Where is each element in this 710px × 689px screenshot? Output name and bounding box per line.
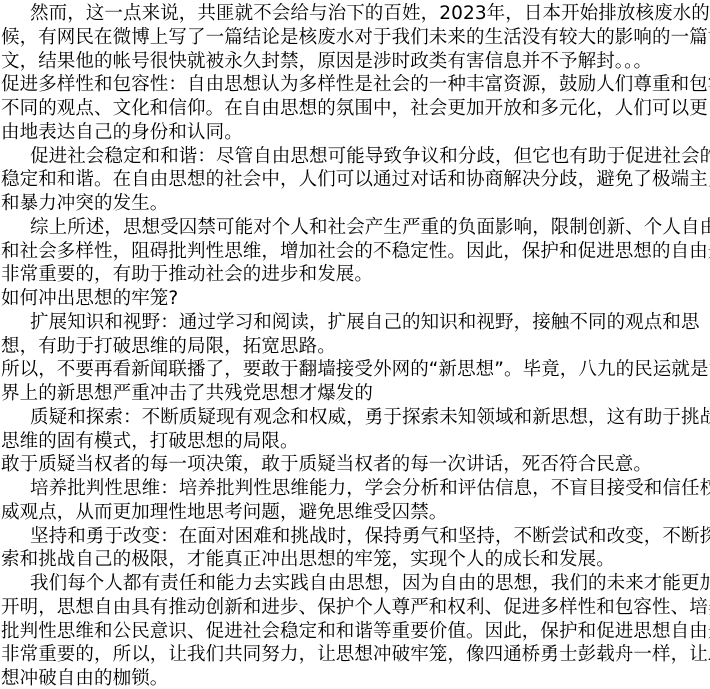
text-line: 质疑和探索：不断质疑现有观念和权威，勇于探索未知领域和新思想，这有助于挑战 [1,406,710,430]
text-line: 非常重要的，有助于推动社会的进步和发展。 [1,263,710,287]
text-line: 我们每个人都有责任和能力去实践自由思想，因为自由的思想，我们的未来才能更加 [1,572,710,596]
text-line: 和暴力冲突的发生。 [1,192,710,216]
text-line: 思维的固有模式，打破思想的局限。 [1,430,710,454]
text-line: 促进社会稳定和和谐：尽管自由思想可能导致争议和分歧，但它也有助于促进社会的 [1,145,710,169]
text-line: 威观点，从而更加理性地思考问题，避免思维受囚禁。 [1,501,710,525]
text-line: 扩展知识和视野：通过学习和阅读，扩展自己的知识和视野，接触不同的观点和思 [1,311,710,335]
text-line: 索和挑战自己的极限，才能真正冲出思想的牢笼，实现个人的成长和发展。 [1,548,710,572]
text-line: 然而，这一点来说，共匪就不会给与治下的百姓，2023年，日本开始排放核废水的时 [1,2,710,26]
text-line: 稳定和和谐。在自由思想的社会中，人们可以通过对话和协商解决分歧，避免了极端主义 [1,168,710,192]
text-line: 和社会多样性，阻碍批判性思维，增加社会的不稳定性。因此，保护和促进思想的自由是 [1,240,710,264]
text-line: 综上所述，思想受囚禁可能对个人和社会产生严重的负面影响，限制创新、个人自由 [1,216,710,240]
text-line: 由地表达自己的身份和认同。 [1,121,710,145]
text-line: 文，结果他的帐号很快就被永久封禁，原因是涉时政类有害信息并不予解封。。。 [1,50,710,74]
text-line: 非常重要的，所以，让我们共同努力，让思想冲破牢笼，像四通桥勇士彭载舟一样，让思 [1,643,710,667]
text-line: 坚持和勇于改变：在面对困难和挑战时，保持勇气和坚持，不断尝试和改变，不断探 [1,525,710,549]
document-page: 然而，这一点来说，共匪就不会给与治下的百姓，2023年，日本开始排放核废水的时候… [0,0,710,689]
text-line: 如何冲出思想的牢笼? [1,287,710,311]
text-line: 批判性思维和公民意识、促进社会稳定和和谐等重要价值。因此，保护和促进思想自由是 [1,620,710,644]
document-text-body: 然而，这一点来说，共匪就不会给与治下的百姓，2023年，日本开始排放核废水的时候… [1,2,710,689]
text-line: 培养批判性思维：培养批判性思维能力，学会分析和评估信息，不盲目接受和信任权 [1,477,710,501]
text-line: 候，有网民在微博上写了一篇结论是核废水对于我们未来的生活没有较大的影响的一篇博 [1,26,710,50]
text-line: 所以，不要再看新闻联播了，要敢于翻墙接受外网的“新思想”。毕竟，八九的民运就是世 [1,358,710,382]
text-line: 想冲破自由的枷锁。 [1,667,710,689]
text-line: 不同的观点、文化和信仰。在自由思想的氛围中，社会更加开放和多元化，人们可以更自 [1,97,710,121]
text-line: 开明，思想自由具有推动创新和进步、保护个人尊严和权利、促进多样性和包容性、培养 [1,596,710,620]
text-line: 想，有助于打破思维的局限，拓宽思路。 [1,335,710,359]
text-line: 促进多样性和包容性：自由思想认为多样性是社会的一种丰富资源，鼓励人们尊重和包容 [1,73,710,97]
text-line: 敢于质疑当权者的每一项决策，敢于质疑当权者的每一次讲话，死否符合民意。 [1,453,710,477]
text-line: 界上的新思想严重冲击了共残党思想才爆发的 [1,382,710,406]
